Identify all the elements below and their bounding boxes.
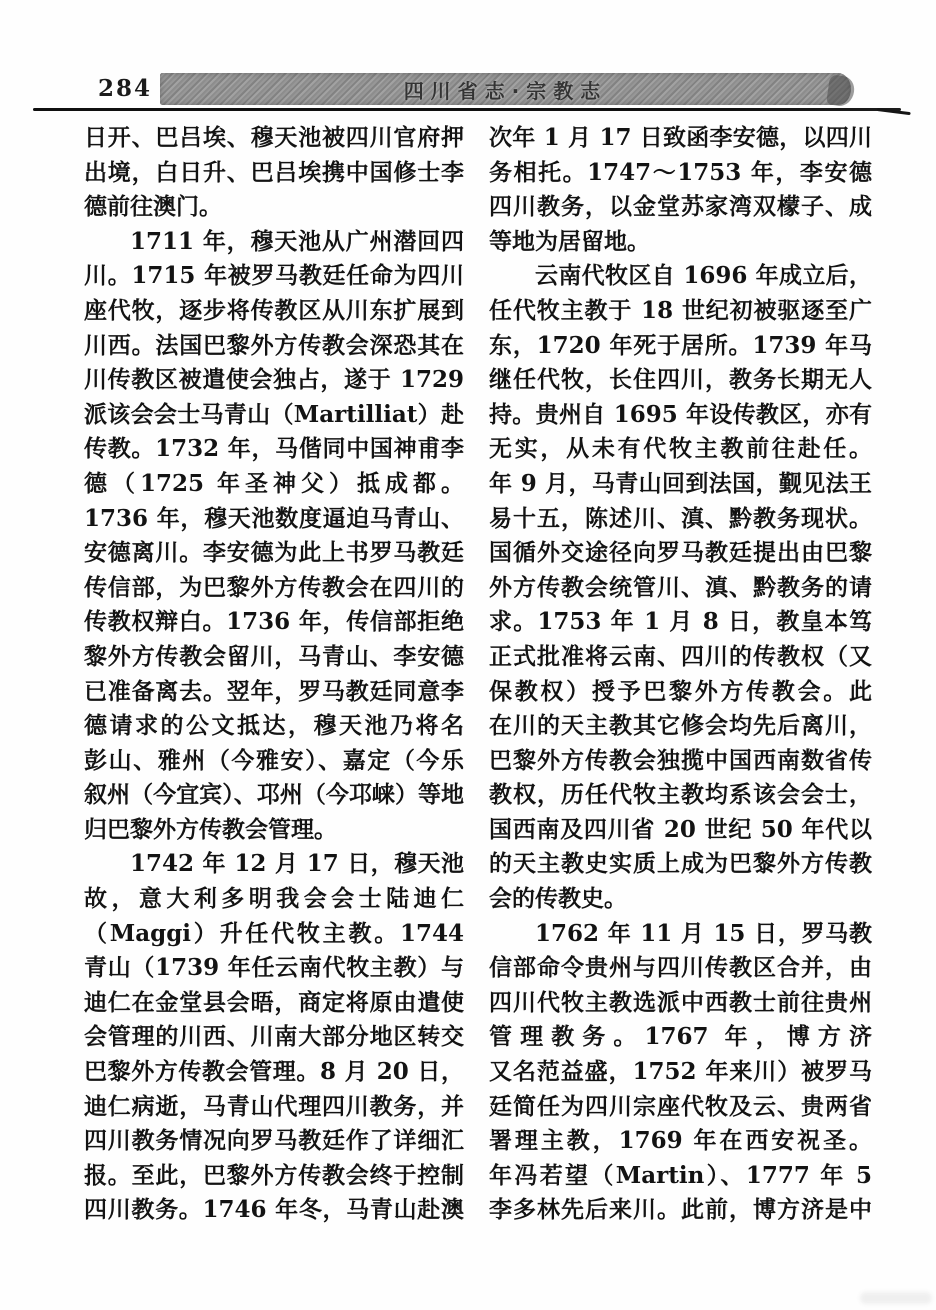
text-line: 管理教务。1767 年，博方济（Pottier， (489, 1020, 872, 1055)
text-line: 川西。法国巴黎外方传教会深恐其在 (84, 329, 464, 364)
text-line: 安德离川。李安德为此上书罗马教廷 (84, 536, 464, 571)
text-line: 川。1715 年被罗马教廷任命为四川宗 (84, 259, 464, 294)
text-line: 无实，从未有代牧主教前往赴任。1748 (489, 432, 872, 467)
text-line: 四川教务。1746 年冬，马青山赴澳门。 (84, 1193, 464, 1228)
text-line: 持。贵州自 1695 年设传教区，亦有名 (489, 398, 872, 433)
running-header-title: 四川省志·宗教志 (404, 75, 608, 104)
text-line: 四川代牧主教选派中西教士前往贵州 (489, 986, 872, 1021)
text-line: 云南代牧区自 1696 年成立后，首 (489, 259, 872, 294)
text-line: 年 9 月，马青山回到法国，觐见法王路 (489, 467, 872, 502)
text-line: 1742 年 12 月 17 日，穆天池病 (84, 847, 464, 882)
text-line: 归巴黎外方传教会管理。 (84, 813, 464, 848)
text-line: 国西南及四川省 20 世纪 50 年代以前 (489, 813, 872, 848)
text-line: 迪仁病逝，马青山代理四川教务，并将 (84, 1090, 464, 1125)
text-line: 署理主教，1769 年在西安祝圣。1774 (489, 1124, 872, 1159)
text-line: 传教。1732 年，马偕同中国神甫李安 (84, 432, 464, 467)
text-line: 叙州（今宜宾）、邛州（今邛崃）等地划 (84, 778, 464, 813)
text-line: 德（1725 年圣神父）抵成都。1733～ (84, 467, 464, 502)
text-line: 的天主教史实质上成为巴黎外方传教 (489, 847, 872, 882)
text-line: 巴黎外方传教会管理。8 月 20 日，陆 (84, 1055, 464, 1090)
text-line: 在川的天主教其它修会均先后离川， (489, 709, 872, 744)
text-line: 传信部，为巴黎外方传教会在四川的 (84, 571, 464, 606)
text-line: 信部命令贵州与四川传教区合并，由 (489, 951, 872, 986)
text-line: 四川教务，以金堂苏家湾双檬子、成都 (489, 190, 872, 225)
text-line: 传教权辩白。1736 年，传信部拒绝巴 (84, 605, 464, 640)
text-line: 次年 1 月 17 日致函李安德，以四川教 (489, 121, 872, 156)
text-line: 东，1720 年死于居所。1739 年马青山 (489, 329, 872, 364)
text-line: 外方传教会统管川、滇、黔教务的请 (489, 571, 872, 606)
text-line: （Maggi）升任代牧主教。1744 年初，马 (84, 917, 464, 952)
page-number: 284 (98, 75, 152, 102)
scanned-book-page: 284 四川省志·宗教志 日开、巴吕埃、穆天池被四川官府押解出境，白日升、巴吕埃… (0, 0, 936, 1310)
text-line: 德请求的公文抵达，穆天池乃将名山、 (84, 709, 464, 744)
text-column-left: 日开、巴吕埃、穆天池被四川官府押解出境，白日升、巴吕埃携中国修士李安德前往澳门。… (84, 121, 464, 1233)
text-line: 李多林先后来川。此前，博方济是中国 (489, 1193, 872, 1228)
running-header-bar: 四川省志·宗教志 (160, 73, 851, 105)
text-line: 日开、巴吕埃、穆天池被四川官府押解 (84, 121, 464, 156)
text-line: 国循外交途径向罗马教廷提出由巴黎 (489, 536, 872, 571)
text-line: 出境，白日升、巴吕埃携中国修士李安 (84, 156, 464, 191)
text-line: 继任代牧，长住四川，教务长期无人主 (489, 363, 872, 398)
text-line: 川传教区被遣使会独占，遂于 1729 年 (84, 363, 464, 398)
text-line: 座代牧，逐步将传教区从川东扩展到 (84, 294, 464, 329)
text-line: 彭山、雅州（今雅安）、嘉定（今乐山）、 (84, 744, 464, 779)
text-line: 1711 年，穆天池从广州潜回四 (84, 225, 464, 260)
text-line: 会管理的川西、川南大部分地区转交 (84, 1020, 464, 1055)
text-line: 等地为居留地。 (489, 225, 872, 260)
text-line: 已准备离去。翌年，罗马教廷同意李安 (84, 675, 464, 710)
text-line: 德前往澳门。 (84, 190, 464, 225)
header-rule (33, 108, 901, 111)
text-column-right: 次年 1 月 17 日致函李安德，以四川教务相托。1747～1753 年，李安德… (489, 121, 872, 1233)
text-line: 故，意大利多明我会会士陆迪仁 (84, 882, 464, 917)
text-line: 廷简任为四川宗座代牧及云、贵两省 (489, 1090, 872, 1125)
text-line: 保教权）授予巴黎外方传教会。此时， (489, 675, 872, 710)
text-line: 报。至此，巴黎外方传教会终于控制了 (84, 1159, 464, 1194)
text-line: 教权，历任代牧主教均系该会会士，中 (489, 778, 872, 813)
text-line: 派该会会士马青山（Martilliat）赴川 (84, 398, 464, 433)
text-line: 迪仁在金堂县会晤，商定将原由遣使 (84, 986, 464, 1021)
text-line: 年冯若望（Martin）、1777 年 5 月 7 日 (489, 1159, 872, 1194)
text-line: 1762 年 11 月 15 日，罗马教廷传 (489, 917, 872, 952)
text-line: 会的传教史。 (489, 882, 872, 917)
scan-smudge (860, 1292, 932, 1304)
text-line: 易十五，陈述川、滇、黔教务现状。后法 (489, 502, 872, 537)
text-line: 青山（1739 年任云南代牧主教）与陆 (84, 951, 464, 986)
text-line: 黎外方传教会留川，马青山、李安德皆 (84, 640, 464, 675)
text-line: 求。1753 年 1 月 8 日，教皇本笃十四 (489, 605, 872, 640)
text-line: 务相托。1747～1753 年，李安德独理 (489, 156, 872, 191)
text-line: 四川教务情况向罗马教廷作了详细汇 (84, 1124, 464, 1159)
text-line: 1736 年，穆天池数度逼迫马青山、李 (84, 502, 464, 537)
text-line: 巴黎外方传教会独揽中国西南数省传 (489, 744, 872, 779)
text-line: 又名范益盛，1752 年来川）被罗马教 (489, 1055, 872, 1090)
text-line: 任代牧主教于 18 世纪初被驱逐至广 (489, 294, 872, 329)
text-line: 正式批准将云南、四川的传教权（又称 (489, 640, 872, 675)
